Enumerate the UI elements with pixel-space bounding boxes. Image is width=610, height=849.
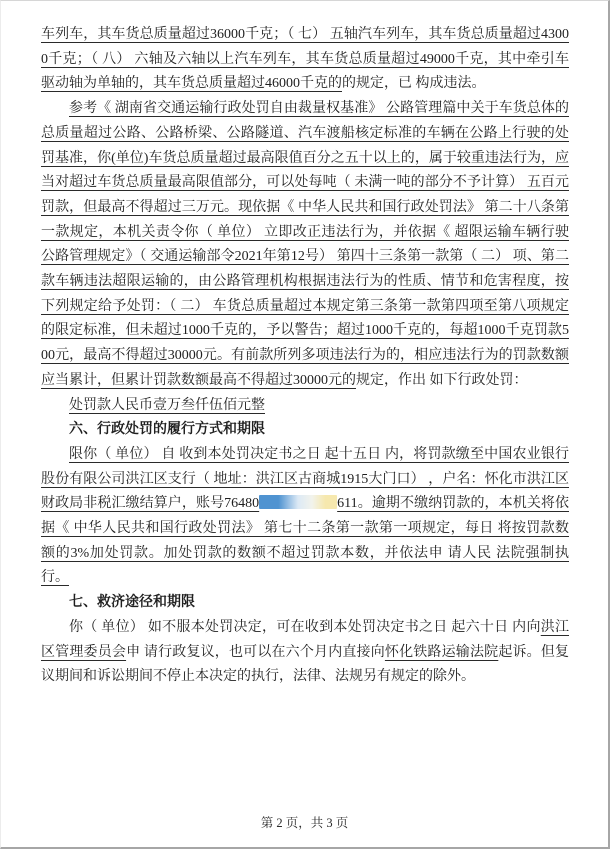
paragraph: 处罚款人民币壹万叁仟伍佰元整 — [41, 394, 569, 419]
paragraph: 参考《 湖南省交通运输行政处罚自由裁量权基准》 公路管理篇中关于车货总体的总质量… — [41, 97, 569, 393]
paragraph: 车列车，其车货总质量超过36000千克；（ 七） 五轴汽车列车，其车货总质量超过… — [41, 23, 569, 97]
text-segment: 七、救济途径和期限 — [69, 595, 195, 610]
text-segment: 车列车，其车货总质量超过36000千克；（ 七） 五轴汽车列车，其车货总质量超过… — [41, 27, 569, 91]
text-segment: 怀化铁路运输法院 — [385, 645, 498, 660]
text-segment: 参考《 湖南省交通运输行政处罚自由裁量权基准》 公路管理篇中关于车货总体的总质量… — [41, 101, 569, 388]
account-number-redaction — [259, 495, 337, 509]
text-segment: 申 请行政复议，也可以在六个月内直接向 — [126, 645, 385, 660]
paragraph: 限你（ 单位） 自 收到本处罚决定书之日 起十五日 内，将罚款缴至中国农业银行股… — [41, 443, 569, 591]
text-segment: 规定，作出 如下行政处罚： — [356, 373, 528, 388]
text-segment: 你（ 单位） 如不服本处罚决定，可在收到本处罚决定书之日 起六十日 内向 — [69, 620, 541, 635]
document-body: 车列车，其车货总质量超过36000千克；（ 七） 五轴汽车列车，其车货总质量超过… — [41, 23, 569, 690]
page-number: 第 2 页，共 3 页 — [1, 813, 608, 831]
text-segment: 六、行政处罚的履行方式和期限 — [69, 422, 265, 437]
text-segment: 处罚款人民币壹万叁仟伍佰元整 — [69, 398, 265, 413]
document-page: 车列车，其车货总质量超过36000千克；（ 七） 五轴汽车列车，其车货总质量超过… — [0, 0, 610, 849]
text-segment: 的规定，已 构成违法。 — [342, 76, 486, 91]
paragraph: 你（ 单位） 如不服本处罚决定，可在收到本处罚决定书之日 起六十日 内向洪江区管… — [41, 616, 569, 690]
section-heading: 六、行政处罚的履行方式和期限 — [41, 418, 569, 443]
section-heading: 七、救济途径和期限 — [41, 591, 569, 616]
